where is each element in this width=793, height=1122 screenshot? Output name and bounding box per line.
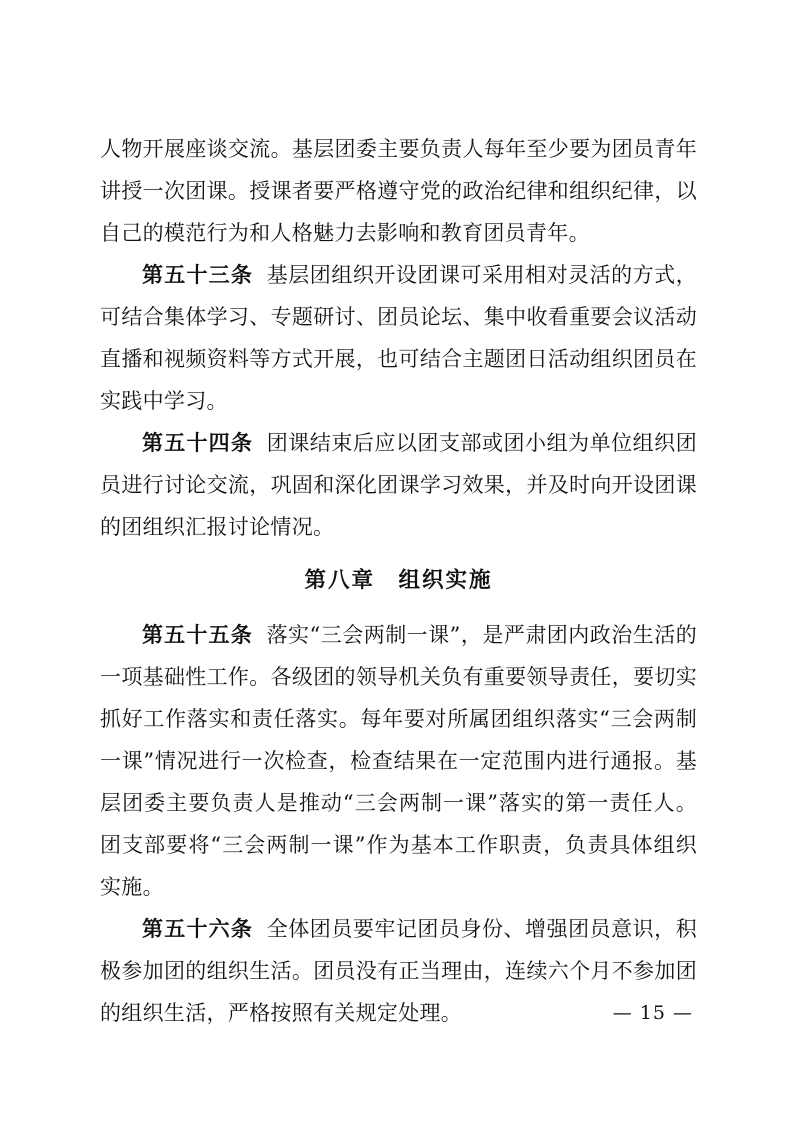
chapter-heading: 第八章 组织实施 [100,560,697,602]
document-page: 人物开展座谈交流。基层团委主要负责人每年至少要为团员青年讲授一次团课。授课者要严… [0,0,793,1122]
page-number: — 15 — [613,1000,693,1026]
paragraph-article-54: 第五十四条团课结束后应以团支部或团小组为单位组织团员进行讨论交流，巩固和深化团课… [100,422,697,548]
paragraph-article-53: 第五十三条基层团组织开设团课可采用相对灵活的方式，可结合集体学习、专题研讨、团员… [100,254,697,422]
paragraph-article-56: 第五十六条全体团员要牢记团员身份、增强团员意识，积极参加团的组织生活。团员没有正… [100,908,697,1034]
article-53-label: 第五十三条 [142,263,253,287]
paragraph-continuation: 人物开展座谈交流。基层团委主要负责人每年至少要为团员青年讲授一次团课。授课者要严… [100,128,697,254]
article-56-label: 第五十六条 [142,917,253,941]
article-54-label: 第五十四条 [142,431,253,455]
article-55-label: 第五十五条 [142,623,253,647]
article-55-text: 落实“三会两制一课”，是严肃团内政治生活的一项基础性工作。各级团的领导机关负有重… [100,623,697,899]
paragraph-article-55: 第五十五条落实“三会两制一课”，是严肃团内政治生活的一项基础性工作。各级团的领导… [100,614,697,908]
